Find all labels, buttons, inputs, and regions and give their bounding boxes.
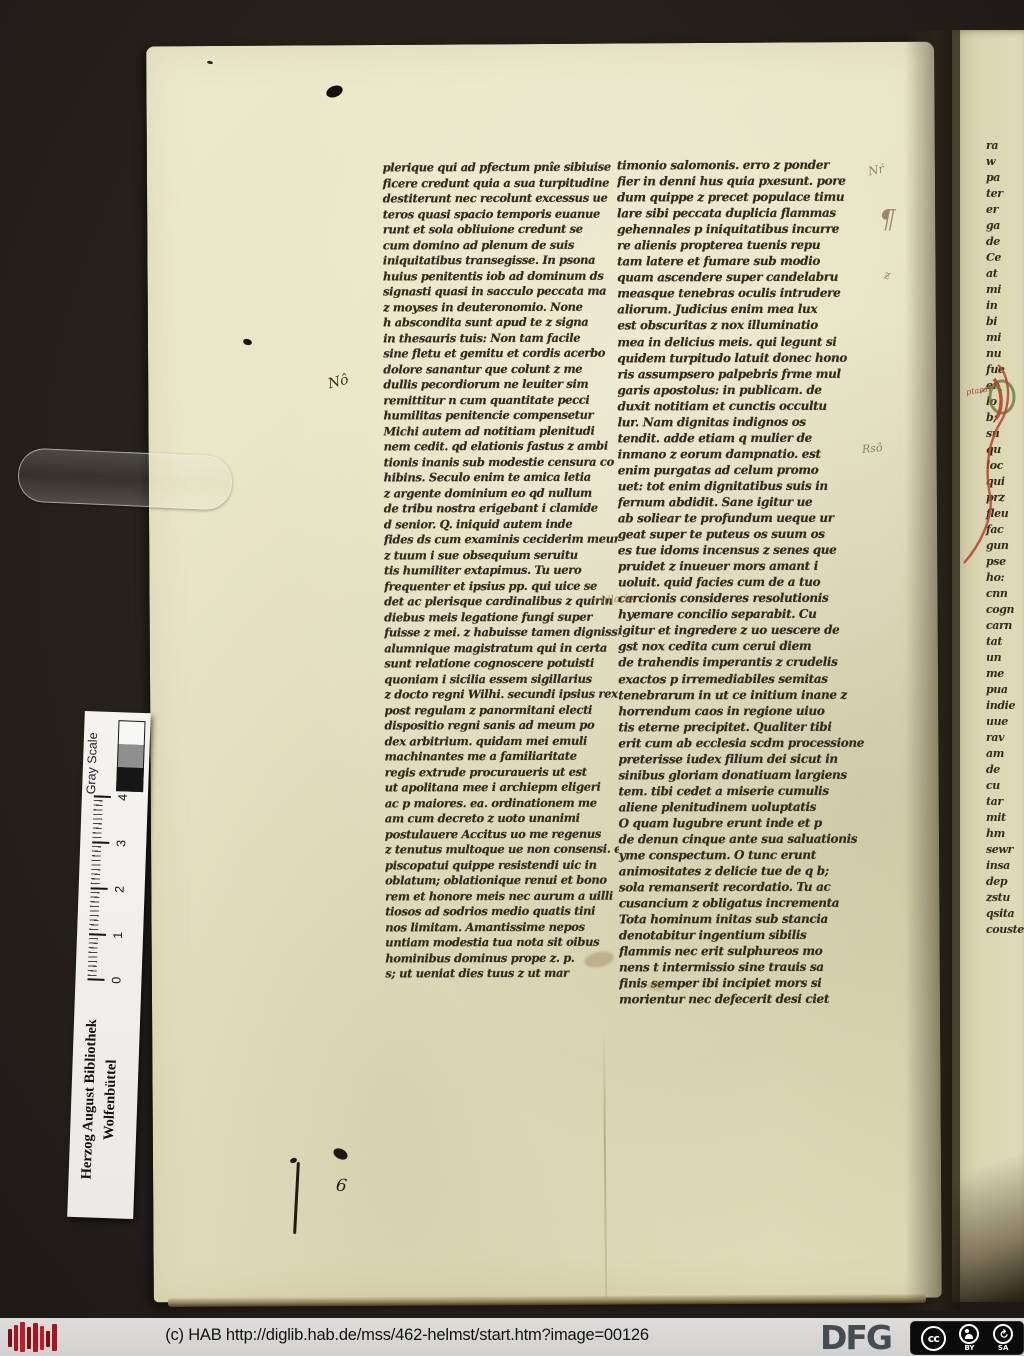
manuscript-text-line: gehennales p iniquitatibus incurre (617, 221, 879, 238)
manuscript-text-line: timonio salomonis. erro z ponder (617, 157, 879, 174)
ruler-number-1: 1 (111, 928, 125, 942)
gutter-shadow (905, 30, 960, 1310)
manuscript-text-line: mi (986, 330, 1024, 346)
manuscript-text-line: cogn (986, 602, 1024, 618)
manuscript-text-line: quoniam i sicilia essem sigillarius (384, 671, 618, 687)
manuscript-text-line: sinibus gloriam donatiuam largiens (618, 766, 880, 783)
manuscript-text-line: duxit notitiam et cunctis occultu (618, 397, 880, 414)
manuscript-right-column: timonio salomonis. erro z ponderfier in … (617, 157, 881, 1008)
manuscript-text-line: machinantes me a familiaritate (385, 749, 619, 765)
manuscript-text-line: enim purgatas ad celum promo (618, 462, 880, 479)
manuscript-left-column: plerique qui ad pfectum pnîe sibiuisefic… (383, 160, 620, 982)
manuscript-text-line: ga (986, 218, 1024, 234)
manuscript-text-line: fier in denni hus quia pxesunt. pore (617, 173, 879, 190)
manuscript-text-line: yme conspectum. O tunc erunt (619, 847, 881, 864)
grayscale-patch-black (116, 767, 144, 792)
manuscript-text-line: am cum decreto z uoto unanimi (385, 811, 619, 827)
manuscript-text-line: un (986, 650, 1024, 666)
manuscript-text-line: sine fletu et gemitu et cordis acerbo (383, 346, 617, 362)
manuscript-text-line: carn (986, 618, 1024, 634)
manuscript-text-line: er (986, 202, 1024, 218)
manuscript-text-line: dullis pecordiorum ne leuiter sim (383, 377, 617, 393)
manuscript-text-line: tis humiliter extapimus. Tu uero (384, 563, 618, 579)
cc-sa-label: SA (998, 1345, 1008, 1352)
manuscript-text-line: z tenutus multoque ue non consensi. e (385, 842, 619, 858)
manuscript-text-line: mi (986, 282, 1024, 298)
ruler-number-4: 4 (116, 790, 130, 804)
manuscript-text-line: at (986, 266, 1024, 282)
manuscript-text-line: alumnique magistratum qui in certa (384, 640, 618, 656)
manuscript-text-line: dispositio regni sanis ad meum po (385, 718, 619, 734)
manuscript-text-line: dum quippe z precet populace timu (617, 189, 879, 206)
manuscript-text-line: huius penitentis iob ad dominum ds (383, 268, 617, 284)
manuscript-text-line: lur. Nam dignitas indignos os (618, 413, 880, 430)
manuscript-text-line: Ce (986, 250, 1024, 266)
manuscript-text-line: d senior. Q. iniquid autem inde (384, 516, 618, 532)
manuscript-text-line: igitur et ingredere z uo uescere de (618, 622, 880, 639)
manuscript-text-line: dep (986, 874, 1024, 890)
footer-bar: (c) HAB http://diglib.hab.de/mss/462-hel… (0, 1318, 1024, 1356)
manuscript-text-line: tar (986, 794, 1024, 810)
grayscale-patch-gray (117, 744, 145, 769)
manuscript-text-line: Tota hominum initas sub stancia (619, 911, 881, 928)
manuscript-text-line: cusancium z obligatus incrementa (619, 895, 881, 912)
manuscript-text-line: dolore sanantur que colunt z me (383, 361, 617, 377)
manuscript-text-line: mea in delicius meis. qui legunt si (617, 333, 879, 350)
ruler-number-3: 3 (114, 836, 128, 850)
manuscript-text-line: flammis nec erit sulphureos mo (619, 943, 881, 960)
manuscript-text-line: w (986, 154, 1024, 170)
manuscript-text-line: teros quasi spacio temporis euanue (383, 206, 617, 222)
manuscript-text-line: h abscondita sunt apud te z signa (383, 315, 617, 331)
manuscript-text-line: det ac plerisque cardinalibus z quirin (384, 594, 618, 610)
paragraph-mark-right-margin: ¶ (879, 205, 896, 235)
manuscript-text-line: nem cedit. qd elationis fastus z ambi (384, 439, 618, 455)
manuscript-text-line: z docto regni Wilhi. secundi ipsius rex (384, 687, 618, 703)
manuscript-text-line: uoluit. quid facies cum de a tuo (618, 574, 880, 591)
manuscript-text-line: aliorum. Judicius enim mea lux (617, 301, 879, 318)
manuscript-text-line: z argente dominium eo qd nullum (384, 485, 618, 501)
cc-by-label: BY (964, 1345, 974, 1352)
manuscript-text-line: ab soliear te profundum ueque ur (618, 510, 880, 527)
manuscript-text-line: humilitas penitencie compensetur (383, 408, 617, 424)
ruler-number-0: 0 (109, 973, 123, 987)
hilario-marginal-note: hilario (601, 593, 634, 606)
manuscript-text-line: preterisse iudex filium dei sicut in (618, 750, 880, 767)
manuscript-text-line: dex arbitrium. quidam mei emuli (385, 733, 619, 749)
manuscript-text-line: cum domino ad plenum de suis (383, 237, 617, 253)
cc-sa-arrow-icon: ↻ (993, 1324, 1013, 1344)
manuscript-text-line: denotabitur ingentium sibilis (619, 927, 881, 944)
manuscript-text-line: ra (986, 138, 1024, 154)
manuscript-text-line: cu (986, 778, 1024, 794)
manuscript-text-line: sunt relatione cognoscere potuisti (384, 656, 618, 672)
manuscript-text-line: tionis inanis sub modestie censura co (384, 454, 618, 470)
manuscript-text-line: rem et honore meis nec aurum a uilli (385, 888, 619, 904)
manuscript-text-line: nens t intermissio sine trauis sa (619, 959, 881, 976)
manuscript-text-line: hibins. Seculo enim te amica letia (384, 470, 618, 486)
manuscript-text-line: tendit. adde etiam q mulier de (618, 429, 880, 446)
copyright-url-text: (c) HAB http://diglib.hab.de/mss/462-hel… (0, 1326, 814, 1345)
manuscript-text-line: sola remanserit recordatio. Tu ac (619, 879, 881, 896)
manuscript-text-line: frequenter et ipsius pp. qui uice se (384, 578, 618, 594)
manuscript-text-line: tat (986, 634, 1024, 650)
manuscript-text-line: garis apostolus: in publicam. de (617, 381, 879, 398)
grayscale-patch-white (118, 720, 146, 746)
manuscript-text-line: in (986, 298, 1024, 314)
manuscript-text-line: ac p maiores. ea. ordinationem me (385, 795, 619, 811)
manuscript-text-line: aliene plenitudinem uoluptatis (619, 799, 881, 816)
cc-by-unit: BY (959, 1324, 979, 1352)
cc-by-person-icon (959, 1324, 979, 1344)
manuscript-text-line: nos limitam. Amantissime nepos (385, 919, 619, 935)
manuscript-text-line: s; ut ueniat dies tuus z ut mar (385, 966, 619, 982)
manuscript-text-line: couste (986, 922, 1024, 938)
manuscript-text-line: zstu (986, 890, 1024, 906)
manuscript-text-line: indie (986, 698, 1024, 714)
page-holder-clamp (17, 447, 233, 510)
manuscript-text-line: tenebrarum in ut ce initium inane z (618, 686, 880, 703)
manuscript-text-line: piscopatui quippe resistendi uic in (385, 857, 619, 873)
manuscript-text-line: uue (986, 714, 1024, 730)
manuscript-text-line: mit (986, 810, 1024, 826)
cc-icon: cc (921, 1326, 946, 1351)
manuscript-text-line: de (986, 234, 1024, 250)
manuscript-text-line: hm (986, 826, 1024, 842)
manuscript-text-line: rav (986, 730, 1024, 746)
manuscript-text-line: ter (986, 186, 1024, 202)
manuscript-text-line: regis extrude procuraueris ut est (385, 764, 619, 780)
creative-commons-badge: cc BY ↻ SA (910, 1321, 1024, 1355)
manuscript-text-line: ficere credunt quia a sua turpitudine (383, 175, 617, 191)
manuscript-text-line: sewr (986, 842, 1024, 858)
manuscript-text-line: diebus meis legatione fungi super (384, 609, 618, 625)
manuscript-text-line: quidem turpitudo latuit donec hono (617, 349, 879, 366)
manuscript-text-line: horrendum caos in regione uiuo (618, 702, 880, 719)
manuscript-text-line: hyemare concilio separabit. Cu (618, 606, 880, 623)
manuscript-text-line: tiosos ad sodrios medio quatis tini (385, 904, 619, 920)
manuscript-text-line: postulauere Accitus uo me regenus (385, 826, 619, 842)
dfg-logo: DFG (820, 1318, 891, 1356)
manuscript-text-line: tam latere et fumare sub modio (617, 253, 879, 270)
manuscript-text-line: erit cum ab ecclesia scdm processione (618, 734, 880, 751)
manuscript-text-line: z moyses in deuteronomio. None (383, 299, 617, 315)
manuscript-text-line: tem. tibi cedet a miserie cumulis (619, 782, 881, 799)
manuscript-text-line: uet: tot enim dignitatibus suis in (618, 478, 880, 495)
manuscript-text-line: de trahendis imperantis z crudelis (618, 654, 880, 671)
manuscript-text-line: destiterunt nec recolunt excessus ue (383, 191, 617, 207)
manuscript-text-line: insa (986, 858, 1024, 874)
manuscript-text-line: de denun cinque ante sua saluationis (619, 831, 881, 848)
manuscript-text-line: animositates z delicie tue de q b; (619, 863, 881, 880)
manuscript-text-line: morientur nec defecerit desi ciet (619, 991, 881, 1008)
manuscript-text-line: qsita (986, 906, 1024, 922)
manuscript-text-line: O quam lugubre erunt inde et p (619, 815, 881, 832)
manuscript-text-line: pa (986, 170, 1024, 186)
ruler-number-2: 2 (112, 882, 126, 896)
decorated-initial-flourish (950, 345, 1024, 575)
manuscript-text-line: tis eterne precipitet. Qualiter tibi (618, 718, 880, 735)
manuscript-text-line: fuisse z mei. z habuisse tamen dignissi (384, 625, 618, 641)
institution-name: Herzog August Bibliothek Wolfenbüttel (76, 993, 133, 1207)
six-shaped-ink-mark: 6 (335, 1175, 348, 1196)
manuscript-text-line: signasti quasi in sacculo peccata ma (383, 284, 617, 300)
manuscript-text-line: pruidet z inueuer mors amant i (618, 558, 880, 575)
manuscript-text-line: Michi autem ad notitiam plenitudi (383, 423, 617, 439)
manuscript-text-line: de tribu nostra erigebant i clamide (384, 501, 618, 517)
manuscript-text-line: fernum abdidit. Sane igitur ue (618, 494, 880, 511)
cc-sa-unit: ↻ SA (993, 1324, 1013, 1352)
manuscript-text-line: me (986, 666, 1024, 682)
rs-marginal-note: Rsô (861, 441, 883, 456)
manuscript-text-line: carcionis consideres resolutionis (618, 590, 880, 607)
manuscript-text-line: remittitur n cum quantitate pecci (383, 392, 617, 408)
ruler-cm-tick (87, 978, 104, 980)
manuscript-text-line: in thesauris tuis: Non tam facile (383, 330, 617, 346)
manuscript-text-line: est obscuritas z nox illuminatio (617, 317, 879, 334)
manuscript-text-line: inmano z eorum dampnatio. est (618, 446, 880, 463)
manuscript-text-line: oblatum; oblationique renui et bono (385, 873, 619, 889)
manuscript-text-line: untiam modestia tua nota sit oibus (385, 935, 619, 951)
manuscript-text-line: post regulam z panormitani electi (384, 702, 618, 718)
manuscript-text-line: geat super te puteus os suum os (618, 526, 880, 543)
manuscript-text-line: gst nox cedita cum cerui diem (618, 638, 880, 655)
manuscript-text-line: ut apolitana mee i archiepm eligeri (385, 780, 619, 796)
manuscript-text-line: exactos p irremediabiles semitas (618, 670, 880, 687)
manuscript-text-line: quam ascendere super candelabru (617, 269, 879, 286)
manuscript-text-line: runt et sola obliuione credunt se (383, 222, 617, 238)
facing-page-edge: rawpaterergadeCeatmiinbiminufueerlob;suq… (952, 30, 1024, 1302)
manuscript-text-line: es tue idoms incensus z senes que (618, 542, 880, 559)
manuscript-text-line: pua (986, 682, 1024, 698)
manuscript-text-line: fides ds cum examinis ceciderim meum (384, 532, 618, 548)
manuscript-text-line: ris assumpsero palpebris frme mul (617, 365, 879, 382)
manuscript-text-line: am (986, 746, 1024, 762)
manuscript-text-line: z tuum i sue obsequium seruitu (384, 547, 618, 563)
manuscript-text-line: re alienis propterea tuenis repu (617, 237, 879, 254)
manuscript-text-line: iniquitatibus transegisse. In psona (383, 253, 617, 269)
manuscript-text-line: bi (986, 314, 1024, 330)
manuscript-text-line: de (986, 762, 1024, 778)
manuscript-text-line: cnn (986, 586, 1024, 602)
manuscript-text-line: lare sibi peccata duplicia flammas (617, 205, 879, 222)
calibration-strip: Gray Scale 4 3 2 1 0 Herzog August Bibli… (67, 711, 151, 1219)
manuscript-text-line: plerique qui ad pfectum pnîe sibiuise (383, 160, 617, 176)
manuscript-text-line: measque tenebras oculis intrudere (617, 285, 879, 302)
